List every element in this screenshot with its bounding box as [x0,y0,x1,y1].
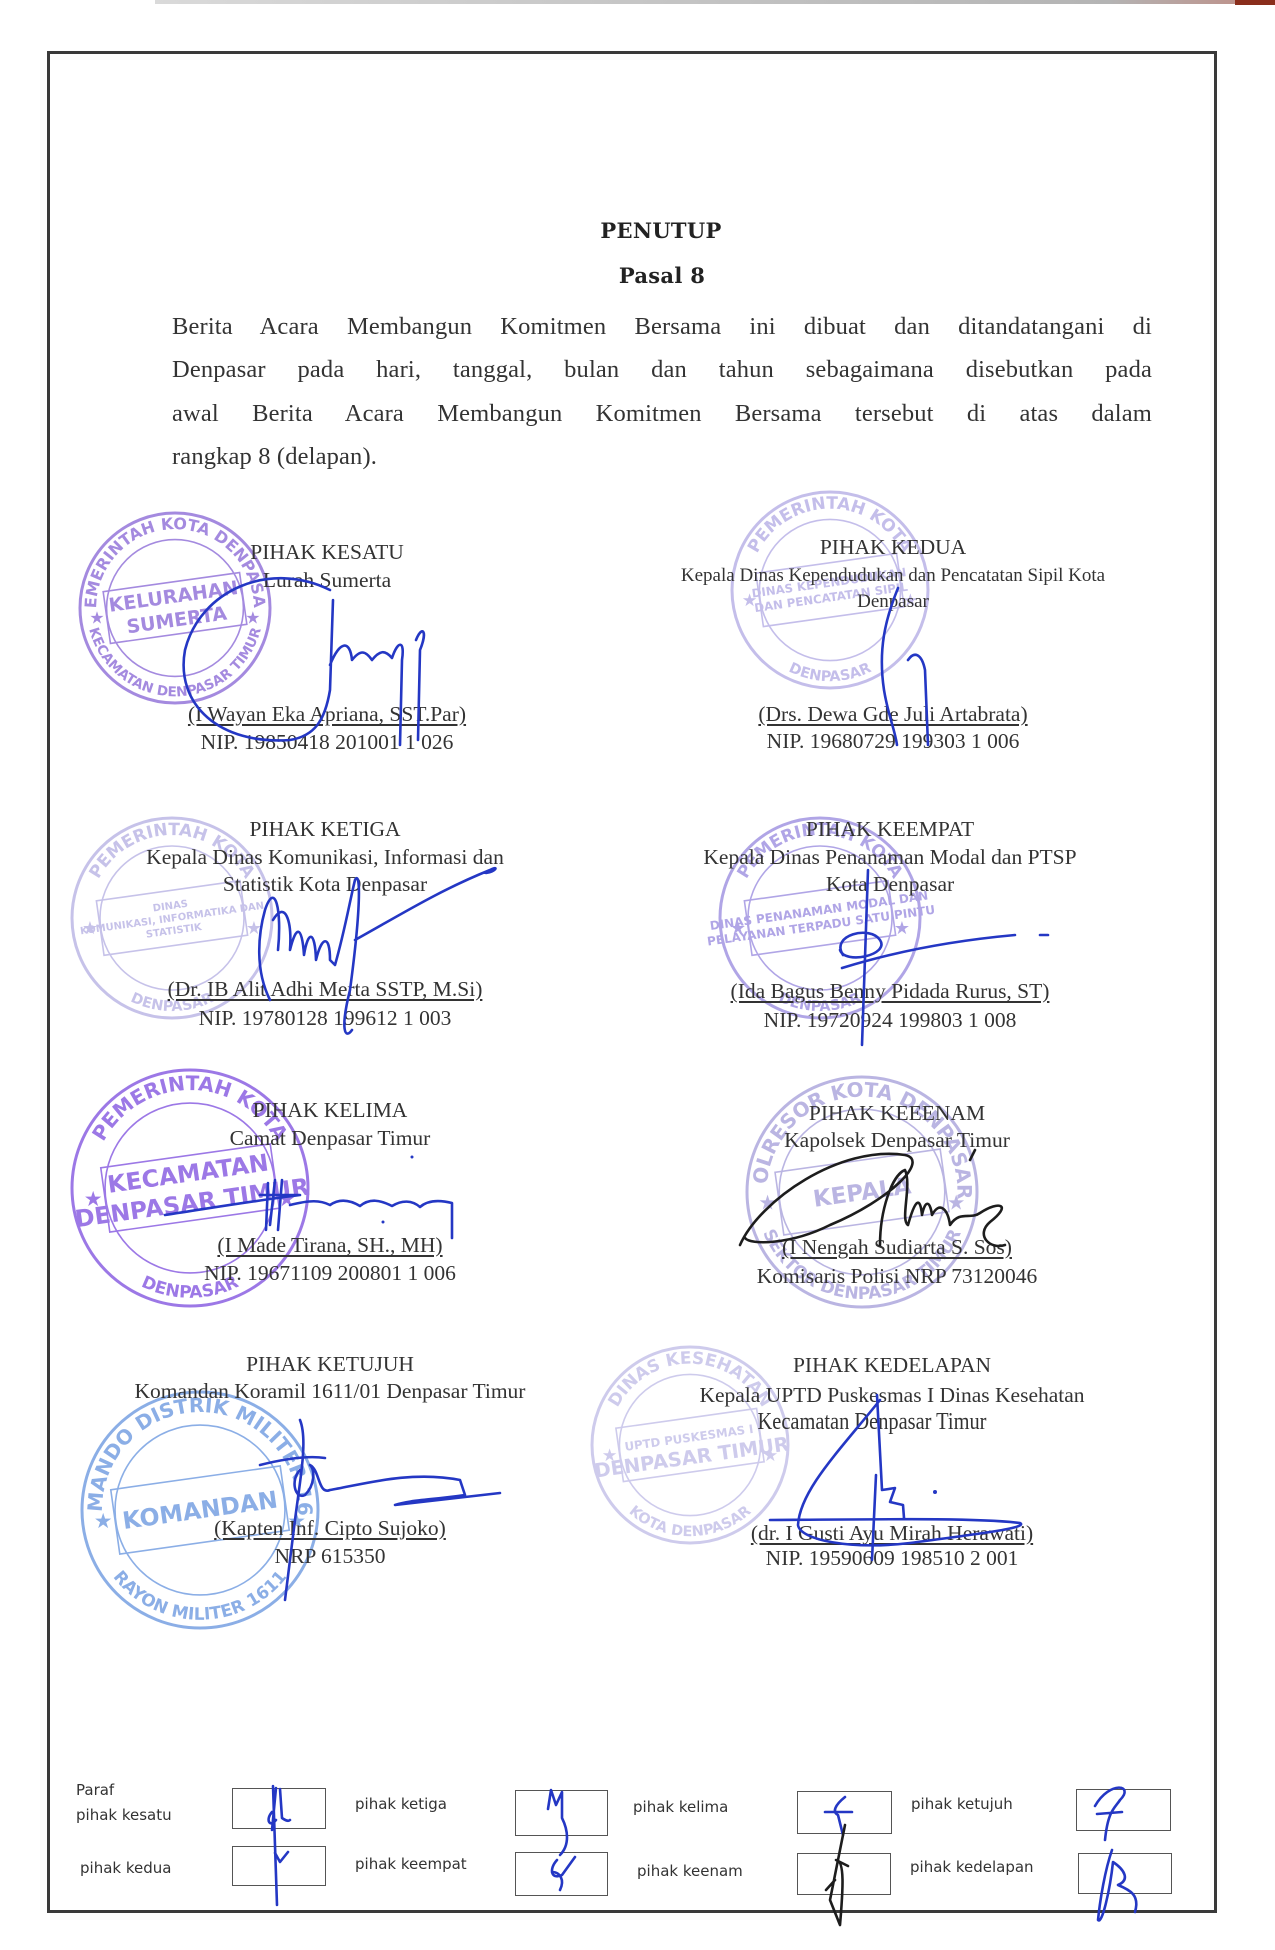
section-title: PENUTUP [600,218,721,243]
party-position: Statistik Kota Denpasar [223,872,427,897]
paraf-box-pihak-kesatu [232,1788,326,1829]
party-label: PIHAK KEDELAPAN [793,1353,991,1378]
paraf-box-pihak-keempat [515,1852,608,1896]
paraf-box-pihak-kedelapan [1078,1853,1172,1894]
article-number: Pasal 8 [619,263,705,288]
party-label: PIHAK KEDUA [820,535,966,560]
scan-edge-artifact-red [1235,0,1275,5]
party-label: PIHAK KEEMPAT [806,817,974,842]
signatory-name: (I Nengah Sudiarta S. Sos) [782,1235,1012,1260]
signatory-id: NIP. 19671109 200801 1 006 [204,1261,456,1286]
paragraph-line: Berita Acara Membangun Komitmen Bersama … [172,313,1152,341]
signatory-id: NIP. 19590609 198510 2 001 [766,1546,1019,1571]
paraf-box-pihak-kedua [232,1846,326,1886]
party-position: Kepala UPTD Puskesmas I Dinas Kesehatan [699,1383,1084,1408]
signatory-id: NIP. 19780128 199612 1 003 [199,1006,452,1031]
paraf-box-pihak-ketujuh [1076,1789,1171,1831]
party-position: Kecamatan Denpasar Timur [758,1409,987,1436]
paraf-label-pihak-kesatu: pihak kesatu [76,1806,172,1824]
signatory-name: (dr. I Gusti Ayu Mirah Herawati) [751,1521,1033,1546]
paragraph-line: awal Berita Acara Membangun Komitmen Ber… [172,400,1152,428]
signatory-name: (I Made Tirana, SH., MH) [217,1233,442,1258]
signatory-name: (Kapten Inf. Cipto Sujoko) [214,1516,446,1541]
party-position: Komandan Koramil 1611/01 Denpasar Timur [135,1379,526,1404]
party-position: Kepala Dinas Kependudukan dan Pencatatan… [681,565,1105,587]
signatory-id: NIP. 19720924 199803 1 008 [764,1008,1017,1033]
party-label: PIHAK KEEENAM [809,1101,985,1126]
signatory-name: (Dr. IB Alit Adhi Merta SSTP, M.Si) [168,977,483,1002]
paraf-label-pihak-keenam: pihak keenam [637,1862,743,1880]
party-position: Kepala Dinas Penanaman Modal dan PTSP [703,845,1076,870]
paraf-box-pihak-kelima [797,1791,892,1834]
signatory-id: NIP. 19680729 199303 1 006 [767,729,1020,754]
paraf-label-pihak-ketujuh: pihak ketujuh [911,1795,1013,1813]
paraf-box-pihak-keenam [797,1853,891,1895]
party-position: Kepala Dinas Komunikasi, Informasi dan [146,845,504,870]
paragraph-line: Denpasar pada hari, tanggal, bulan dan t… [172,356,1152,384]
signatory-id: Komisaris Polisi NRP 73120046 [757,1264,1038,1289]
signatory-name: (Ida Bagus Benny Pidada Rurus, ST) [731,979,1050,1004]
scan-edge-artifact [155,0,1275,4]
signatory-name: (I Wayan Eka Apriana, SST.Par) [188,702,466,727]
party-position: Lurah Sumerta [263,568,391,593]
party-label: PIHAK KELIMA [253,1098,408,1123]
paraf-label-pihak-kedelapan: pihak kedelapan [910,1858,1034,1876]
paraf-label-pihak-kelima: pihak kelima [633,1798,728,1816]
paragraph-line: rangkap 8 (delapan). [172,443,1152,471]
party-position: Camat Denpasar Timur [230,1126,431,1151]
paraf-title: Paraf [76,1781,114,1799]
paraf-label-pihak-ketiga: pihak ketiga [355,1795,447,1813]
party-label: PIHAK KETUJUH [246,1352,414,1377]
party-position: Kapolsek Denpasar Timur [784,1128,1010,1153]
paraf-label-pihak-kedua: pihak kedua [80,1859,171,1877]
party-position: Denpasar [857,591,929,613]
paraf-label-pihak-keempat: pihak keempat [355,1855,467,1873]
party-position: Kota Denpasar [826,872,954,897]
paraf-box-pihak-ketiga [515,1790,608,1836]
signatory-id: NRP 615350 [275,1544,386,1569]
party-label: PIHAK KETIGA [249,817,400,842]
signatory-id: NIP. 19850418 201001 1 026 [201,730,454,755]
party-label: PIHAK KESATU [250,540,404,565]
signatory-name: (Drs. Dewa Gde Juli Artabrata) [758,702,1027,727]
